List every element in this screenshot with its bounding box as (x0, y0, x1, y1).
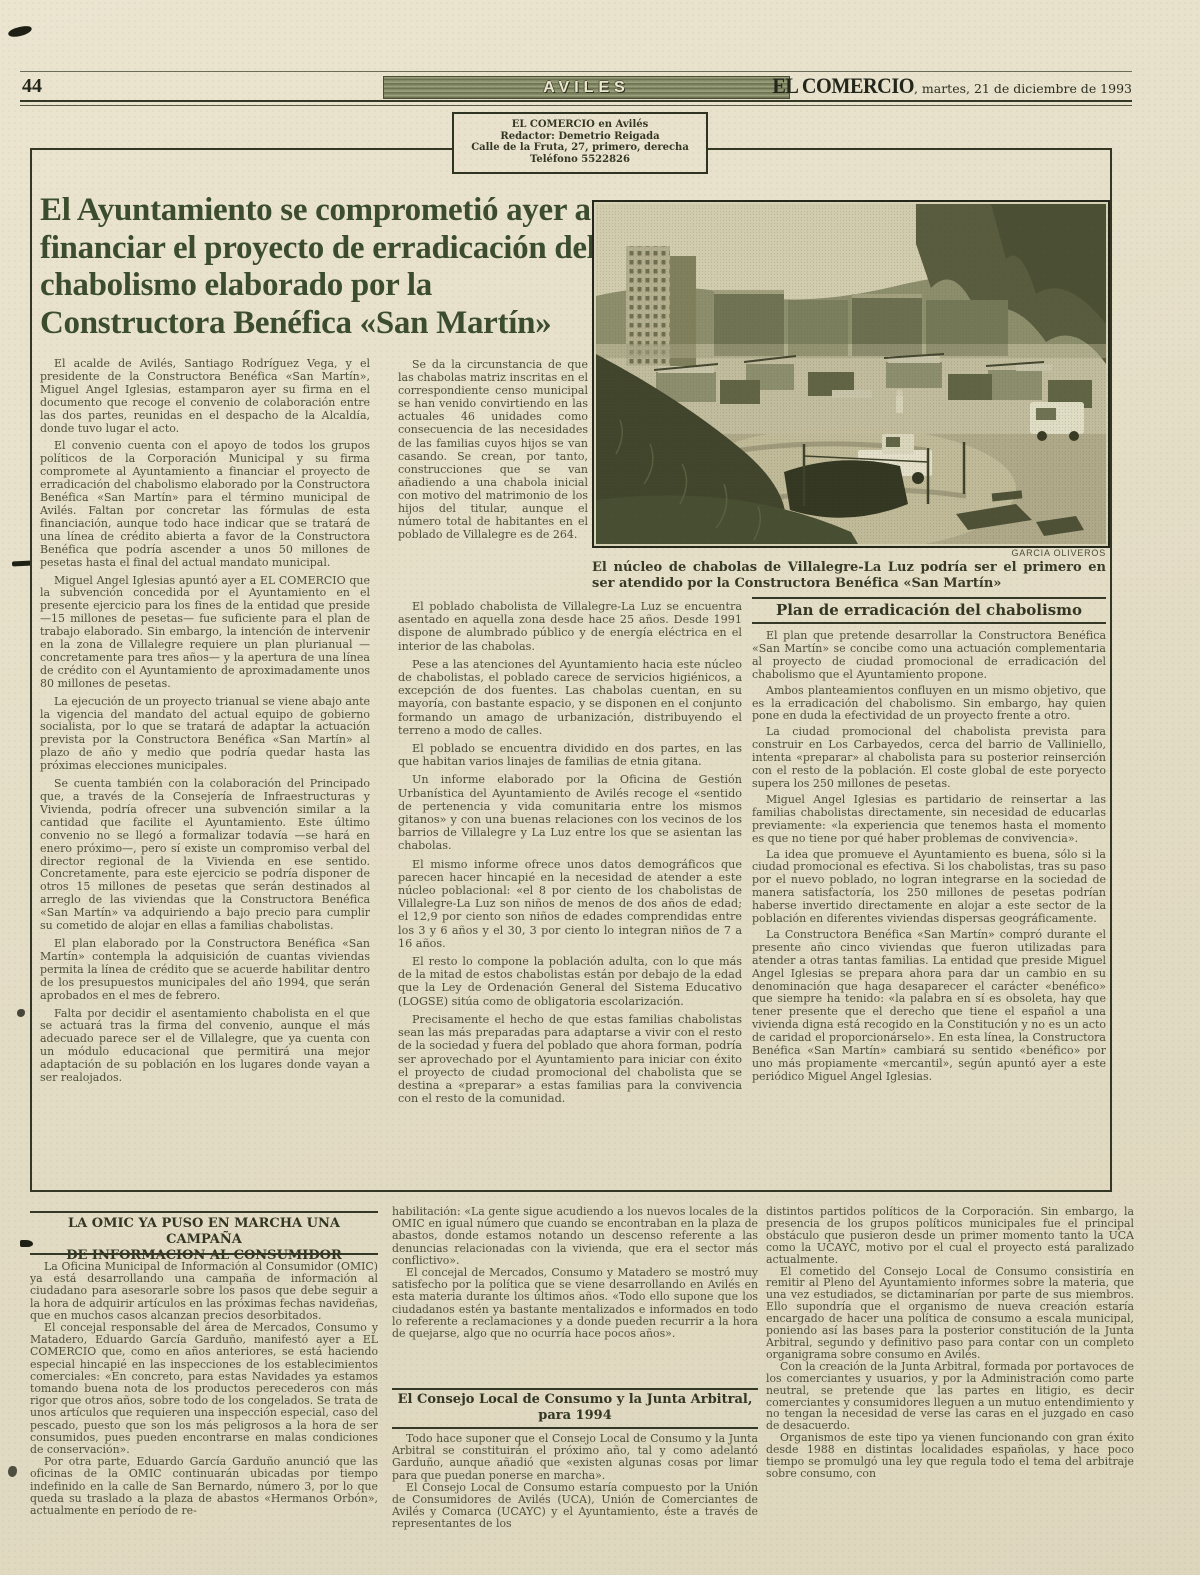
masthead-block: EL COMERCIO, martes, 21 de diciembre de … (700, 73, 1132, 99)
section-banner-label: AVILES (543, 79, 630, 97)
body-paragraph: El resto lo compone la población adulta,… (398, 955, 742, 1008)
chabolas-photo-illustration (596, 204, 1106, 544)
consejo-subhead-line2: para 1994 (392, 1408, 758, 1424)
consejo-subhead-top-rule (392, 1388, 758, 1390)
body-paragraph: El mismo informe ofrece unos datos demog… (398, 858, 742, 950)
body-paragraph: El convenio cuenta con el apoyo de todos… (40, 440, 370, 569)
body-paragraph: Se da la circunstancia de que las chabol… (398, 358, 588, 541)
omic-headline-top-rule (30, 1211, 378, 1213)
ink-smudge (7, 25, 32, 39)
body-paragraph: Con la creación de la Junta Arbitral, fo… (766, 1361, 1134, 1432)
omic-column-2-body: Todo hace suponer que el Consejo Local d… (392, 1433, 758, 1561)
masthead-dateline: , martes, 21 de diciembre de 1993 (914, 81, 1132, 96)
body-paragraph: El Consejo Local de Consumo estaría comp… (392, 1482, 758, 1531)
consejo-subhead-line1: El Consejo Local de Consumo y la Junta A… (392, 1392, 758, 1408)
body-paragraph: Falta por decidir el asentamiento chabol… (40, 1008, 370, 1085)
newspaper-page: 44 AVILES EL COMERCIO, martes, 21 de dic… (0, 0, 1200, 1575)
omic-column-3: distintos partidos políticos de la Corpo… (766, 1206, 1134, 1562)
sidebar-paragraph: Ambos planteamientos confluyen en un mis… (752, 685, 1106, 724)
sidebar-paragraph: Miguel Angel Iglesias es partidario de r… (752, 794, 1106, 846)
body-paragraph: habilitación: «La gente sigue acudiendo … (392, 1206, 758, 1267)
newspaper-masthead: EL COMERCIO (772, 73, 914, 99)
body-paragraph: El concejal responsable del área de Merc… (30, 1322, 378, 1456)
body-paragraph: La ejecución de un proyecto trianual se … (40, 696, 370, 773)
body-paragraph: El acalde de Avilés, Santiago Rodríguez … (40, 358, 370, 435)
bureau-info-box: EL COMERCIO en Avilés Redactor: Demetrio… (452, 112, 708, 174)
sidebar-paragraph: El plan que pretende desarrollar la Cons… (752, 630, 1106, 682)
article-column-left: El acalde de Avilés, Santiago Rodríguez … (40, 358, 370, 1182)
body-paragraph: Organismos de este tipo ya vienen funcio… (766, 1432, 1134, 1480)
header-bottom-rule-thin (20, 105, 1132, 106)
photo-caption: El núcleo de chabolas de Villalegre-La L… (592, 560, 1106, 591)
body-paragraph: El poblado chabolista de Villalegre-La L… (398, 600, 742, 653)
body-paragraph: El cometido del Consejo Local de Consumo… (766, 1266, 1134, 1361)
photo-credit: GARCIA OLIVEROS (592, 548, 1106, 558)
sidebar-paragraph: La idea que promueve el Ayuntamiento es … (752, 849, 1106, 926)
article-column-middle-narrow: Se da la circunstancia de que las chabol… (398, 358, 588, 594)
consejo-subhead-bottom-rule (392, 1427, 758, 1429)
sidebar-column: El plan que pretende desarrollar la Cons… (752, 630, 1106, 1186)
main-headline: El Ayuntamiento se comprometió ayer a fi… (40, 192, 606, 342)
sidebar-title: Plan de erradicación del chabolismo (752, 601, 1106, 619)
body-paragraph: Todo hace suponer que el Consejo Local d… (392, 1433, 758, 1482)
sidebar-paragraph: La ciudad promocional del chabolista pre… (752, 726, 1106, 791)
body-paragraph: El plan elaborado por la Constructora Be… (40, 938, 370, 1003)
body-paragraph: Se cuenta también con la colaboración de… (40, 778, 370, 933)
sidebar-paragraph: La Constructora Benéfica «San Martín» co… (752, 929, 1106, 1084)
sidebar-title-rule (752, 622, 1106, 624)
omic-headline: LA OMIC YA PUSO EN MARCHA UNA CAMPAÑA DE… (30, 1216, 378, 1264)
news-photo (592, 200, 1110, 548)
body-paragraph: Un informe elaborado por la Oficina de G… (398, 773, 742, 852)
omic-column-1: La Oficina Municipal de Información al C… (30, 1261, 378, 1561)
body-paragraph: El poblado se encuentra dividido en dos … (398, 742, 742, 768)
ink-speck (17, 1009, 25, 1017)
body-paragraph: Pese a las atenciones del Ayuntamiento h… (398, 658, 742, 737)
ink-speck (8, 1466, 17, 1477)
body-paragraph: El concejal de Mercados, Consumo y Matad… (392, 1267, 758, 1340)
consejo-subhead: El Consejo Local de Consumo y la Junta A… (392, 1392, 758, 1424)
body-paragraph: Miguel Angel Iglesias apuntó ayer a EL C… (40, 575, 370, 691)
header-bottom-rule-thick (20, 100, 1132, 102)
page-number: 44 (22, 75, 42, 98)
bureau-line: EL COMERCIO en Avilés (454, 119, 706, 131)
bureau-line: Teléfono 5522826 (454, 154, 706, 166)
omic-headline-line1: LA OMIC YA PUSO EN MARCHA UNA CAMPAÑA (30, 1216, 378, 1248)
body-paragraph: Precisamente el hecho de que estas famil… (398, 1013, 742, 1105)
header-top-rule (20, 71, 1132, 72)
bureau-line: Calle de la Fruta, 27, primero, derecha (454, 142, 706, 154)
body-paragraph: Por otra parte, Eduardo García Garduño a… (30, 1456, 378, 1517)
body-paragraph: La Oficina Municipal de Información al C… (30, 1261, 378, 1322)
bureau-line: Redactor: Demetrio Reigada (454, 131, 706, 143)
body-paragraph: distintos partidos políticos de la Corpo… (766, 1206, 1134, 1266)
sidebar-top-rule (752, 597, 1106, 599)
article-column-middle: El poblado chabolista de Villalegre-La L… (398, 600, 742, 1184)
omic-headline-bottom-rule (30, 1253, 378, 1255)
omic-column-2-lead: habilitación: «La gente sigue acudiendo … (392, 1206, 758, 1384)
